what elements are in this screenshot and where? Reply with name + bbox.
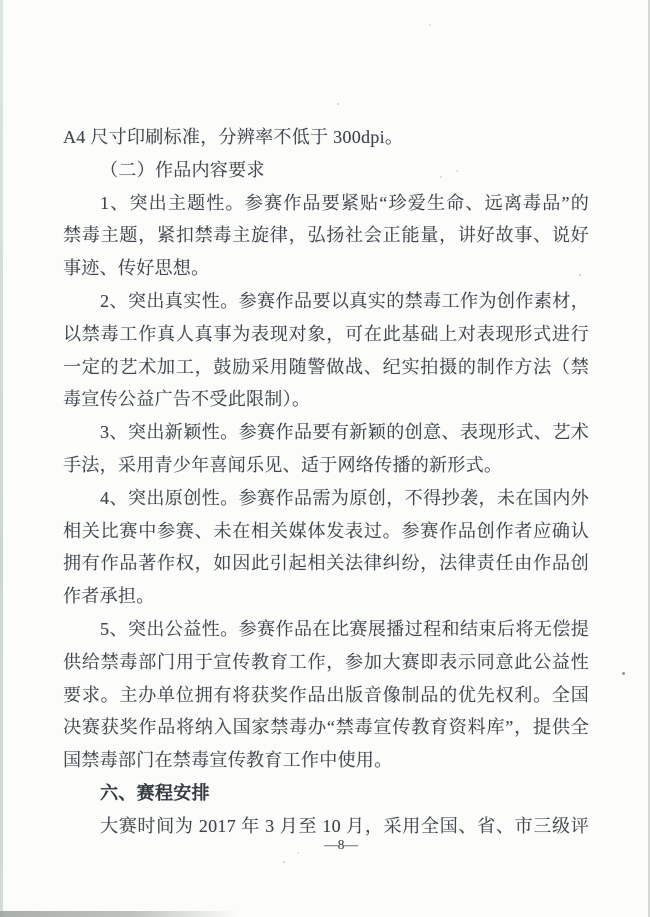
document-line: 要求。主办单位拥有将获奖作品出版音像制品的优先权利。全国 [63, 679, 589, 712]
document-line: 2、突出真实性。参赛作品要以真实的禁毒工作为创作素材， [63, 285, 589, 318]
document-line: 国禁毒部门在禁毒宣传教育工作中使用。 [63, 744, 589, 777]
scan-speck [429, 24, 431, 26]
document-line: 决赛获奖作品将纳入国家禁毒办“禁毒宣传教育资料库”，提供全 [63, 711, 589, 744]
document-line: 以禁毒工作真人真事为表现对象，可在此基础上对表现形式进行 [63, 318, 589, 351]
document-body: A4 尺寸印刷标准，分辨率不低于 300dpi。（二）作品内容要求1、突出主题性… [63, 121, 589, 843]
document-line: 事迹、传好思想。 [63, 252, 589, 285]
document-line: 相关比赛中参赛、未在相关媒体发表过。参赛作品创作者应确认 [63, 515, 589, 548]
scan-smudge-bottom-artifact [0, 911, 238, 917]
scanned-document-page: A4 尺寸印刷标准，分辨率不低于 300dpi。（二）作品内容要求1、突出主题性… [0, 0, 650, 917]
scan-speck [283, 861, 285, 863]
document-line: A4 尺寸印刷标准，分辨率不低于 300dpi。 [63, 121, 589, 154]
scan-speck [337, 103, 339, 105]
document-line: 供给禁毒部门用于宣传教育工作，参加大赛即表示同意此公益性 [63, 646, 589, 679]
document-line: 毒宣传公益广告不受此限制）。 [63, 383, 589, 416]
document-line: 作者承担。 [63, 580, 589, 613]
document-line: 一定的艺术加工，鼓励采用随警做战、纪实拍摄的制作方法（禁 [63, 351, 589, 384]
document-line: 1、突出主题性。参赛作品要紧贴“珍爱生命、远离毒品”的 [63, 187, 589, 220]
document-subheading-line: （二）作品内容要求 [63, 154, 589, 187]
scan-speck [622, 672, 625, 675]
document-line: 拥有作品著作权，如因此引起相关法律纠纷，法律责任由作品创 [63, 547, 589, 580]
document-line: 5、突出公益性。参赛作品在比赛展播过程和结束后将无偿提 [63, 613, 589, 646]
page-footer: —8— [0, 836, 650, 854]
document-line: 3、突出新颖性。参赛作品要有新颖的创意、表现形式、艺术 [63, 416, 589, 449]
document-line: 手法，采用青少年喜闻乐见、适于网络传播的新形式。 [63, 449, 589, 482]
scan-edge-left-artifact [0, 0, 3, 917]
document-heading-line: 六、赛程安排 [63, 777, 589, 810]
document-line: 禁毒主题，紧扣禁毒主旋律，弘扬社会正能量，讲好故事、说好 [63, 219, 589, 252]
page-number: —8— [324, 837, 358, 853]
document-line: 4、突出原创性。参赛作品需为原创，不得抄袭，未在国内外 [63, 482, 589, 515]
